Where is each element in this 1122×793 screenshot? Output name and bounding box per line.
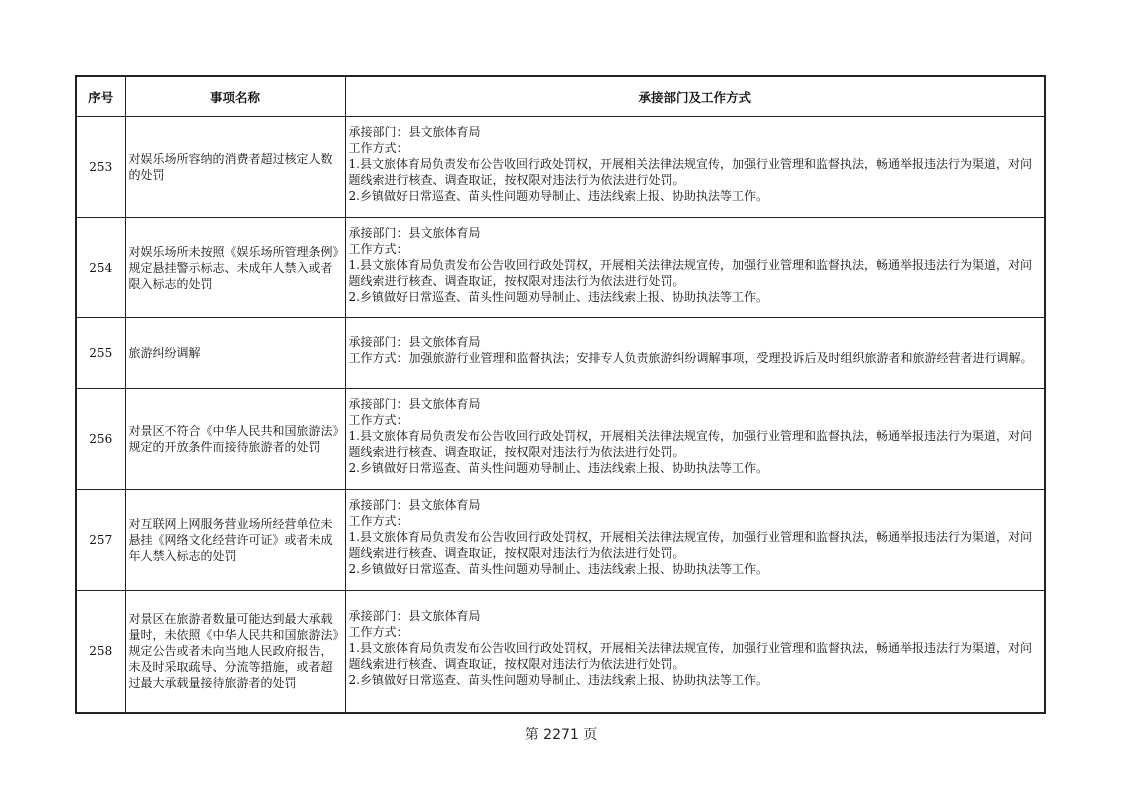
row-seq: 258 — [76, 591, 125, 713]
row-name: 对互联网上网服务营业场所经营单位未悬挂《网络文化经营许可证》或者未成年人禁入标志… — [125, 490, 345, 591]
items-table: 序号 事项名称 承接部门及工作方式 253 对娱乐场所容纳的消费者超过核定人数的… — [75, 75, 1046, 714]
row-name: 对娱乐场所容纳的消费者超过核定人数的处罚 — [125, 117, 345, 218]
header-seq: 序号 — [76, 76, 125, 117]
table-row: 256 对景区不符合《中华人民共和国旅游法》规定的开放条件而接待旅游者的处罚 承… — [76, 389, 1045, 490]
table-row: 253 对娱乐场所容纳的消费者超过核定人数的处罚 承接部门：县文旅体育局 工作方… — [76, 117, 1045, 218]
dept-line: 承接部门：县文旅体育局 — [349, 225, 1042, 241]
method-line: 工作方式： — [349, 624, 1042, 640]
row-seq: 256 — [76, 389, 125, 490]
dept-line: 承接部门：县文旅体育局 — [349, 396, 1042, 412]
row-dept: 承接部门：县文旅体育局 工作方式：加强旅游行业管理和监督执法；安排专人负责旅游纠… — [345, 318, 1045, 389]
method-line: 工作方式： — [349, 241, 1042, 257]
row-seq: 253 — [76, 117, 125, 218]
header-row: 序号 事项名称 承接部门及工作方式 — [76, 76, 1045, 117]
header-dept: 承接部门及工作方式 — [345, 76, 1045, 117]
row-seq: 257 — [76, 490, 125, 591]
dept-line: 承接部门：县文旅体育局 — [349, 608, 1042, 624]
table-row: 254 对娱乐场所未按照《娱乐场所管理条例》规定悬挂警示标志、未成年人禁入或者限… — [76, 218, 1045, 318]
method-item-1: 1.县文旅体育局负责发布公告收回行政处罚权，开展相关法律法规宣传，加强行业管理和… — [349, 529, 1042, 561]
row-seq: 254 — [76, 218, 125, 318]
method-item-1: 1.县文旅体育局负责发布公告收回行政处罚权，开展相关法律法规宣传，加强行业管理和… — [349, 428, 1042, 460]
row-seq: 255 — [76, 318, 125, 389]
row-dept: 承接部门：县文旅体育局 工作方式： 1.县文旅体育局负责发布公告收回行政处罚权，… — [345, 218, 1045, 318]
page-number: 第 2271 页 — [0, 724, 1122, 744]
method-item-2: 2.乡镇做好日常巡查、苗头性问题劝导制止、违法线索上报、协助执法等工作。 — [349, 289, 1042, 305]
row-dept: 承接部门：县文旅体育局 工作方式： 1.县文旅体育局负责发布公告收回行政处罚权，… — [345, 117, 1045, 218]
row-name: 对景区在旅游者数量可能达到最大承载量时，未依照《中华人民共和国旅游法》规定公告或… — [125, 591, 345, 713]
method-line: 工作方式： — [349, 412, 1042, 428]
method-item-2: 2.乡镇做好日常巡查、苗头性问题劝导制止、违法线索上报、协助执法等工作。 — [349, 188, 1042, 204]
header-name: 事项名称 — [125, 76, 345, 117]
method-item-1: 1.县文旅体育局负责发布公告收回行政处罚权，开展相关法律法规宣传，加强行业管理和… — [349, 257, 1042, 289]
method-item-2: 2.乡镇做好日常巡查、苗头性问题劝导制止、违法线索上报、协助执法等工作。 — [349, 672, 1042, 688]
method-item-2: 2.乡镇做好日常巡查、苗头性问题劝导制止、违法线索上报、协助执法等工作。 — [349, 561, 1042, 577]
method-item-1: 1.县文旅体育局负责发布公告收回行政处罚权，开展相关法律法规宣传，加强行业管理和… — [349, 156, 1042, 188]
dept-line: 承接部门：县文旅体育局 — [349, 497, 1042, 513]
row-dept: 承接部门：县文旅体育局 工作方式： 1.县文旅体育局负责发布公告收回行政处罚权，… — [345, 591, 1045, 713]
row-dept: 承接部门：县文旅体育局 工作方式： 1.县文旅体育局负责发布公告收回行政处罚权，… — [345, 389, 1045, 490]
method-line: 工作方式：加强旅游行业管理和监督执法；安排专人负责旅游纠纷调解事项，受理投诉后及… — [349, 350, 1042, 366]
method-line: 工作方式： — [349, 513, 1042, 529]
table-row: 257 对互联网上网服务营业场所经营单位未悬挂《网络文化经营许可证》或者未成年人… — [76, 490, 1045, 591]
dept-line: 承接部门：县文旅体育局 — [349, 124, 1042, 140]
table-row: 258 对景区在旅游者数量可能达到最大承载量时，未依照《中华人民共和国旅游法》规… — [76, 591, 1045, 713]
dept-line: 承接部门：县文旅体育局 — [349, 334, 1042, 350]
method-item-2: 2.乡镇做好日常巡查、苗头性问题劝导制止、违法线索上报、协助执法等工作。 — [349, 460, 1042, 476]
method-line: 工作方式： — [349, 140, 1042, 156]
method-item-1: 1.县文旅体育局负责发布公告收回行政处罚权，开展相关法律法规宣传，加强行业管理和… — [349, 640, 1042, 672]
table-row: 255 旅游纠纷调解 承接部门：县文旅体育局 工作方式：加强旅游行业管理和监督执… — [76, 318, 1045, 389]
row-dept: 承接部门：县文旅体育局 工作方式： 1.县文旅体育局负责发布公告收回行政处罚权，… — [345, 490, 1045, 591]
row-name: 对娱乐场所未按照《娱乐场所管理条例》规定悬挂警示标志、未成年人禁入或者限入标志的… — [125, 218, 345, 318]
row-name: 对景区不符合《中华人民共和国旅游法》规定的开放条件而接待旅游者的处罚 — [125, 389, 345, 490]
row-name: 旅游纠纷调解 — [125, 318, 345, 389]
